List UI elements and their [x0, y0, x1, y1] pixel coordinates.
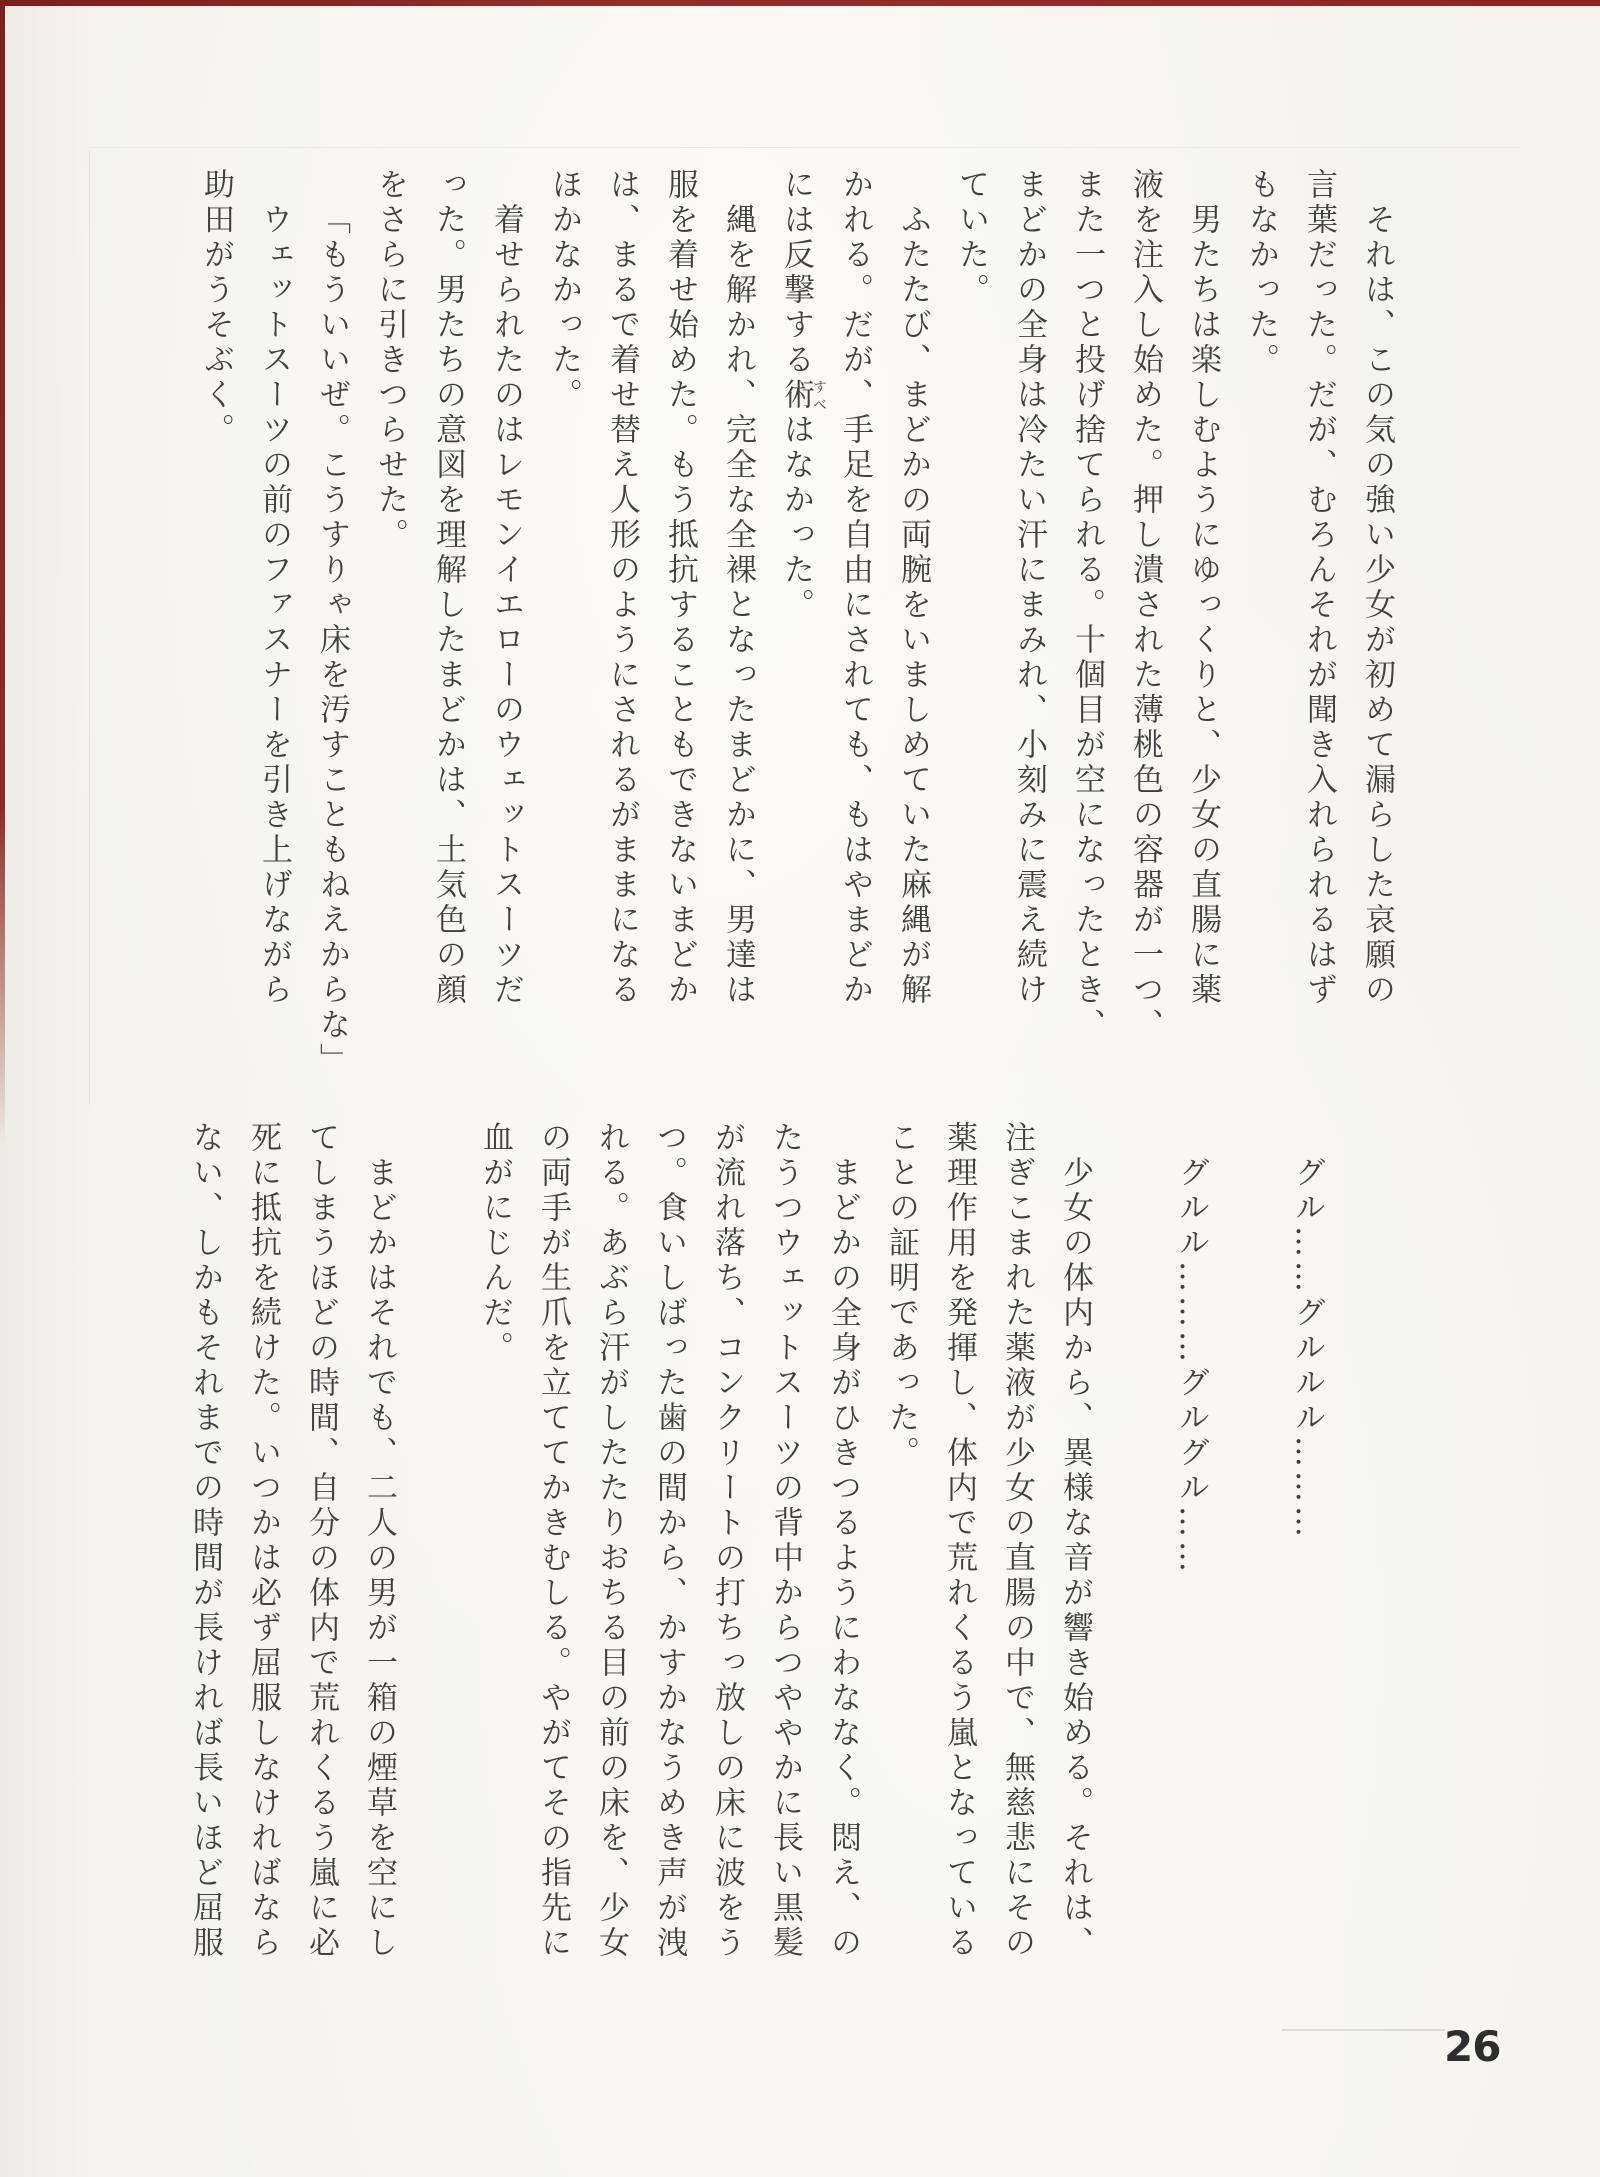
- text-column: が流れ落ち、コンクリートの打ちっ放しの床に波をう: [698, 1121, 756, 2001]
- text-column: 血がにじんだ。: [466, 1121, 524, 2001]
- text-column: 縄を解かれ、完全な全裸となったまどかに、男達は: [709, 168, 767, 1083]
- text-column: かれる。だが、手足を自由にされても、もはやまどか: [826, 168, 884, 1083]
- empty-column: [408, 1121, 466, 2001]
- text-column: 着せられたのはレモンイエローのウェットスーツだ: [477, 168, 535, 1083]
- text-column: ない、しかもそれまでの時間が長ければ長いほど屈服: [176, 1121, 234, 2001]
- text-column: もなかった。: [1232, 168, 1290, 1083]
- text-column: った。男たちの意図を理解したまどかは、土気色の顔: [419, 168, 477, 1083]
- text-column: の両手が生爪を立ててかきむしる。やがてその指先に: [524, 1121, 582, 2001]
- text-column: ふたたび、まどかの両腕をいましめていた麻縄が解: [884, 168, 942, 1083]
- furigana-ruby: 術すべ: [778, 378, 814, 413]
- text-column: ことの証明であった。: [872, 1121, 930, 2001]
- bottom-text-block: グル……グルルル……… グルル………グルグル…… 少女の体内から、異様な音が響き…: [176, 1121, 1336, 2001]
- text-column: 「もういいぜ。こうすりゃ床を汚すこともねえからな」: [303, 168, 361, 1083]
- text-column: 助田がうそぶく。: [187, 168, 245, 1083]
- text-column: には反撃する術すべはなかった。: [767, 168, 826, 1083]
- text-column: まどかの全身は冷たい汗にまみれ、小刻みに震え続け: [1000, 168, 1058, 1083]
- text-column: 液を注入し始めた。押し潰された薄桃色の容器が一つ、: [1116, 168, 1174, 1083]
- text-column: それは、この気の強い少女が初めて漏らした哀願の: [1348, 168, 1406, 1083]
- text-column: グル……グルルル………: [1278, 1121, 1336, 2001]
- scan-red-top-edge: [0, 0, 1600, 6]
- text-column: グルル………グルグル……: [1162, 1121, 1220, 2001]
- text-column: 言葉だった。だが、むろんそれが聞き入れられるはず: [1290, 168, 1348, 1083]
- text-column: つ。食いしばった歯の間から、かすかなうめき声が洩: [640, 1121, 698, 2001]
- text-column: をさらに引きつらせた。: [361, 168, 419, 1083]
- page-left-edge-shadow: [89, 150, 90, 1105]
- scan-red-left-edge: [0, 0, 5, 1148]
- text-column: ていた。: [942, 168, 1000, 1083]
- text-column: 男たちは楽しむようにゆっくりと、少女の直腸に薬: [1174, 168, 1232, 1083]
- text-column: まどかの全身がひきつるようにわななく。悶え、の: [814, 1121, 872, 2001]
- scanned-book-page: それは、この気の強い少女が初めて漏らした哀願の言葉だった。だが、むろんそれが聞き…: [0, 0, 1600, 2177]
- text-column: てしまうほどの時間、自分の体内で荒れくるう嵐に必: [292, 1121, 350, 2001]
- text-column: 少女の体内から、異様な音が響き始める。それは、: [1046, 1121, 1104, 2001]
- text-column: 薬理作用を発揮し、体内で荒れくるう嵐となっている: [930, 1121, 988, 2001]
- text-column: ウェットスーツの前のファスナーを引き上げながら: [245, 168, 303, 1083]
- top-text-block: それは、この気の強い少女が初めて漏らした哀願の言葉だった。だが、むろんそれが聞き…: [188, 168, 1406, 1083]
- text-column: 服を着せ始めた。もう抵抗することもできないまどか: [651, 168, 709, 1083]
- text-column: また一つと投げ捨てられる。十個目が空になったとき、: [1058, 168, 1116, 1083]
- page-top-edge-shadow: [89, 147, 1519, 148]
- text-column: たうつウェットスーツの背中からつややかに長い黒髪: [756, 1121, 814, 2001]
- empty-column: [1220, 1121, 1278, 2001]
- text-column: 注ぎこまれた薬液が少女の直腸の中で、無慈悲にその: [988, 1121, 1046, 2001]
- text-column: まどかはそれでも、二人の男が一箱の煙草を空にし: [350, 1121, 408, 2001]
- text-column: れる。あぶら汗がしたたりおちる目の前の床を、少女: [582, 1121, 640, 2001]
- page-number: 26: [1444, 2022, 1500, 2071]
- text-column: 死に抵抗を続けた。いつかは必ず屈服しなければなら: [234, 1121, 292, 2001]
- empty-column: [1104, 1121, 1162, 2001]
- text-column: は、まるで着せ替え人形のようにされるがままになる: [593, 168, 651, 1083]
- scan-artifact-line: [1282, 2029, 1445, 2031]
- text-column: ほかなかった。: [535, 168, 593, 1083]
